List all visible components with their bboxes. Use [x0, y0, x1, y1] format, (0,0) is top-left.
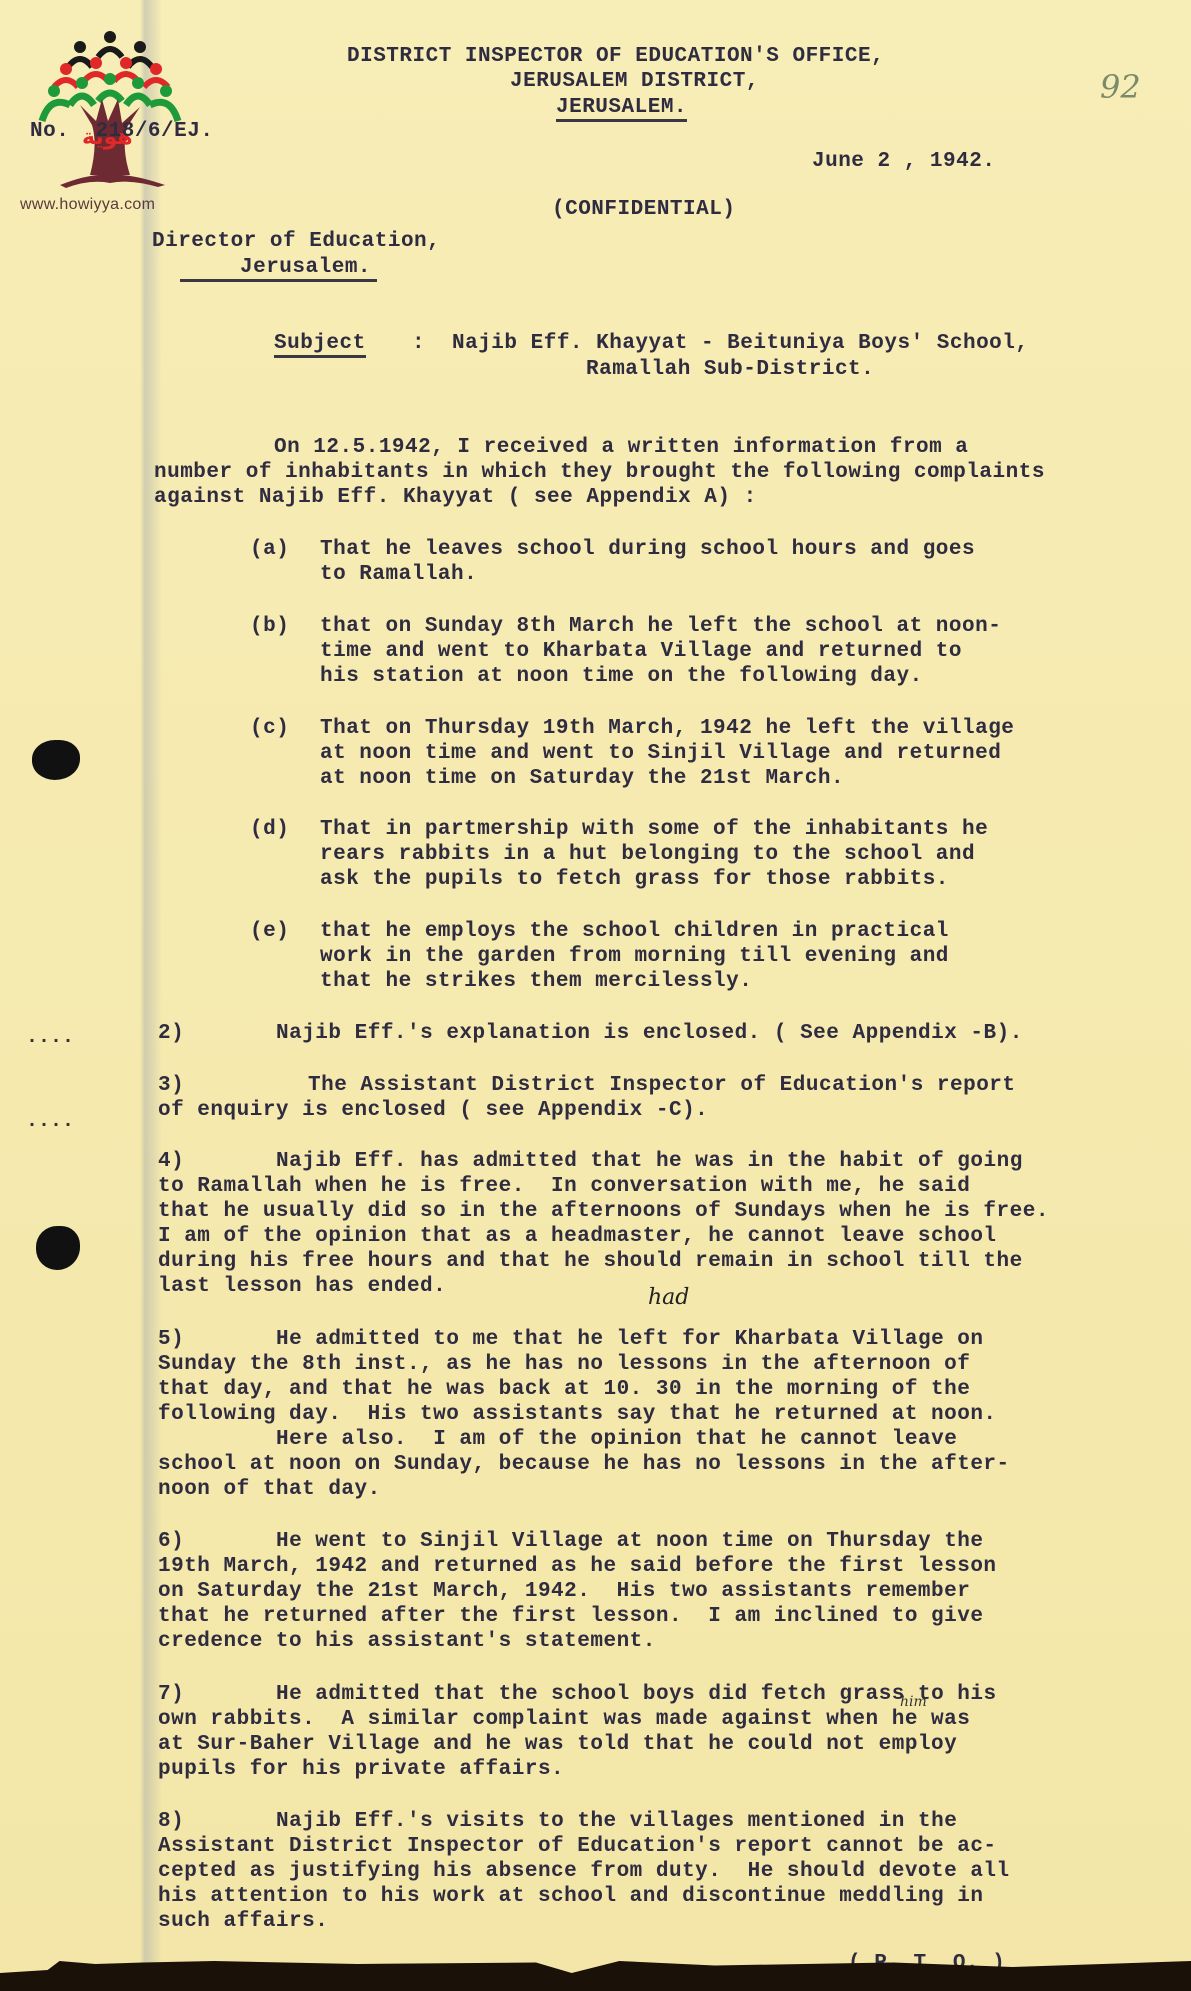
paragraph-number: 4)	[158, 1150, 184, 1173]
paragraph-5-line: Here also. I am of the opinion that he c…	[276, 1428, 957, 1451]
addressee-line-2: Jerusalem.	[180, 256, 377, 282]
complaint-line: to Ramallah.	[320, 563, 477, 586]
intro-line-2: number of inhabitants in which they brou…	[154, 461, 1045, 484]
paragraph-3-line: of enquiry is enclosed ( see Appendix -C…	[158, 1099, 708, 1122]
paragraph-6-line: He went to Sinjil Village at noon time o…	[276, 1530, 984, 1553]
complaint-line: that he strikes them mercilessly.	[320, 970, 752, 993]
tree-people-logo-icon	[30, 25, 190, 205]
addressee-line-1: Director of Education,	[152, 230, 440, 253]
paragraph-6-line: on Saturday the 21st March, 1942. His tw…	[158, 1580, 970, 1603]
paragraph-5-line: that day, and that he was back at 10. 30…	[158, 1378, 970, 1401]
letterhead-line-3: JERUSALEM.	[556, 96, 687, 122]
letter-date: June 2 , 1942.	[812, 150, 995, 173]
paragraph-4-line: to Ramallah when he is free. In conversa…	[158, 1175, 970, 1198]
paragraph-4-line: last lesson has ended.	[158, 1275, 446, 1298]
paragraph-7-line: He admitted that the school boys did fet…	[276, 1683, 997, 1706]
complaint-line: that on Sunday 8th March he left the sch…	[320, 615, 1001, 638]
document-page: هوية www.howiyya.com 92 DISTRICT INSPECT…	[0, 0, 1191, 1991]
subject-label: Subject	[274, 332, 366, 358]
letterhead-line-2: JERUSALEM DISTRICT,	[510, 70, 759, 93]
complaint-label: (c)	[250, 717, 289, 740]
paragraph-7-line: own rabbits. A similar complaint was mad…	[158, 1708, 970, 1731]
complaint-label: (e)	[250, 920, 289, 943]
subject-separator: :	[412, 332, 425, 355]
intro-line-1: On 12.5.1942, I received a written infor…	[274, 436, 968, 459]
paragraph-7-line: at Sur-Baher Village and he was told tha…	[158, 1733, 957, 1756]
complaint-line: his station at noon time on the followin…	[320, 665, 923, 688]
complaint-line: That he leaves school during school hour…	[320, 538, 975, 561]
paragraph-6-line: credence to his assistant's statement.	[158, 1630, 656, 1653]
paragraph-number: 5)	[158, 1328, 184, 1351]
complaint-line: work in the garden from morning till eve…	[320, 945, 949, 968]
paragraph-8-line: Assistant District Inspector of Educatio…	[158, 1835, 997, 1858]
howiyya-logo: هوية	[30, 25, 190, 205]
paragraph-8-line: such affairs.	[158, 1910, 328, 1933]
paragraph-8-line: Najib Eff.'s visits to the villages ment…	[276, 1810, 957, 1833]
complaint-line: time and went to Kharbata Village and re…	[320, 640, 962, 663]
complaint-line: ask the pupils to fetch grass for those …	[320, 868, 949, 891]
complaint-line: that he employs the school children in p…	[320, 920, 949, 943]
handwritten-insert: had	[648, 1285, 689, 1310]
complaint-line: That on Thursday 19th March, 1942 he lef…	[320, 717, 1014, 740]
paragraph-3-line: The Assistant District Inspector of Educ…	[308, 1074, 1016, 1097]
paragraph-number: 8)	[158, 1810, 184, 1833]
subject-line-1: Najib Eff. Khayyat - Beituniya Boys' Sch…	[452, 332, 1029, 355]
paragraph-4-line: I am of the opinion that as a headmaster…	[158, 1225, 997, 1248]
confidential-label: (CONFIDENTIAL)	[552, 198, 735, 221]
paragraph-2-line: Najib Eff.'s explanation is enclosed. ( …	[276, 1022, 1023, 1045]
paragraph-number: 2)	[158, 1022, 184, 1045]
paragraph-5-line: He admitted to me that he left for Kharb…	[276, 1328, 984, 1351]
reference-number: No. 218/6/EJ.	[30, 120, 213, 143]
intro-line-3: against Najib Eff. Khayyat ( see Appendi…	[154, 486, 757, 509]
paragraph-5-line: Sunday the 8th inst., as he has no lesso…	[158, 1353, 970, 1376]
paragraph-number: 3)	[158, 1074, 184, 1097]
complaint-label: (d)	[250, 818, 289, 841]
torn-edge	[0, 1961, 1191, 1991]
paragraph-number: 6)	[158, 1530, 184, 1553]
letterhead-line-1: DISTRICT INSPECTOR OF EDUCATION'S OFFICE…	[347, 45, 884, 68]
complaint-line: That in partmership with some of the inh…	[320, 818, 988, 841]
complaint-label: (b)	[250, 615, 289, 638]
paragraph-4-line: that he usually did so in the afternoons…	[158, 1200, 1049, 1223]
paragraph-5-line: school at noon on Sunday, because he has…	[158, 1453, 1010, 1476]
complaint-line: at noon time on Saturday the 21st March.	[320, 767, 844, 790]
complaint-label: (a)	[250, 538, 289, 561]
subject-line-2: Ramallah Sub-District.	[586, 358, 874, 381]
ink-blot	[36, 1226, 80, 1270]
paragraph-8-line: his attention to his work at school and …	[158, 1885, 983, 1908]
complaint-line: rears rabbits in a hut belonging to the …	[320, 843, 975, 866]
paragraph-8-line: cepted as justifying his absence from du…	[158, 1860, 1010, 1883]
complaint-line: at noon time and went to Sinjil Village …	[320, 742, 1001, 765]
paragraph-7-line: pupils for his private affairs.	[158, 1758, 564, 1781]
paragraph-4-line: Najib Eff. has admitted that he was in t…	[276, 1150, 1023, 1173]
margin-mark: ....	[26, 1026, 74, 1049]
paragraph-5-line: noon of that day.	[158, 1478, 381, 1501]
paragraph-5-line: following day. His two assistants say th…	[158, 1403, 997, 1426]
paragraph-4-line: during his free hours and that he should…	[158, 1250, 1023, 1273]
paragraph-6-line: that he returned after the first lesson.…	[158, 1605, 983, 1628]
ink-blot	[32, 740, 80, 780]
margin-mark: ....	[26, 1110, 74, 1133]
handwritten-page-number: 92	[1100, 68, 1141, 106]
paragraph-6-line: 19th March, 1942 and returned as he said…	[158, 1555, 997, 1578]
paragraph-number: 7)	[158, 1683, 184, 1706]
watermark-url[interactable]: www.howiyya.com	[20, 196, 155, 214]
